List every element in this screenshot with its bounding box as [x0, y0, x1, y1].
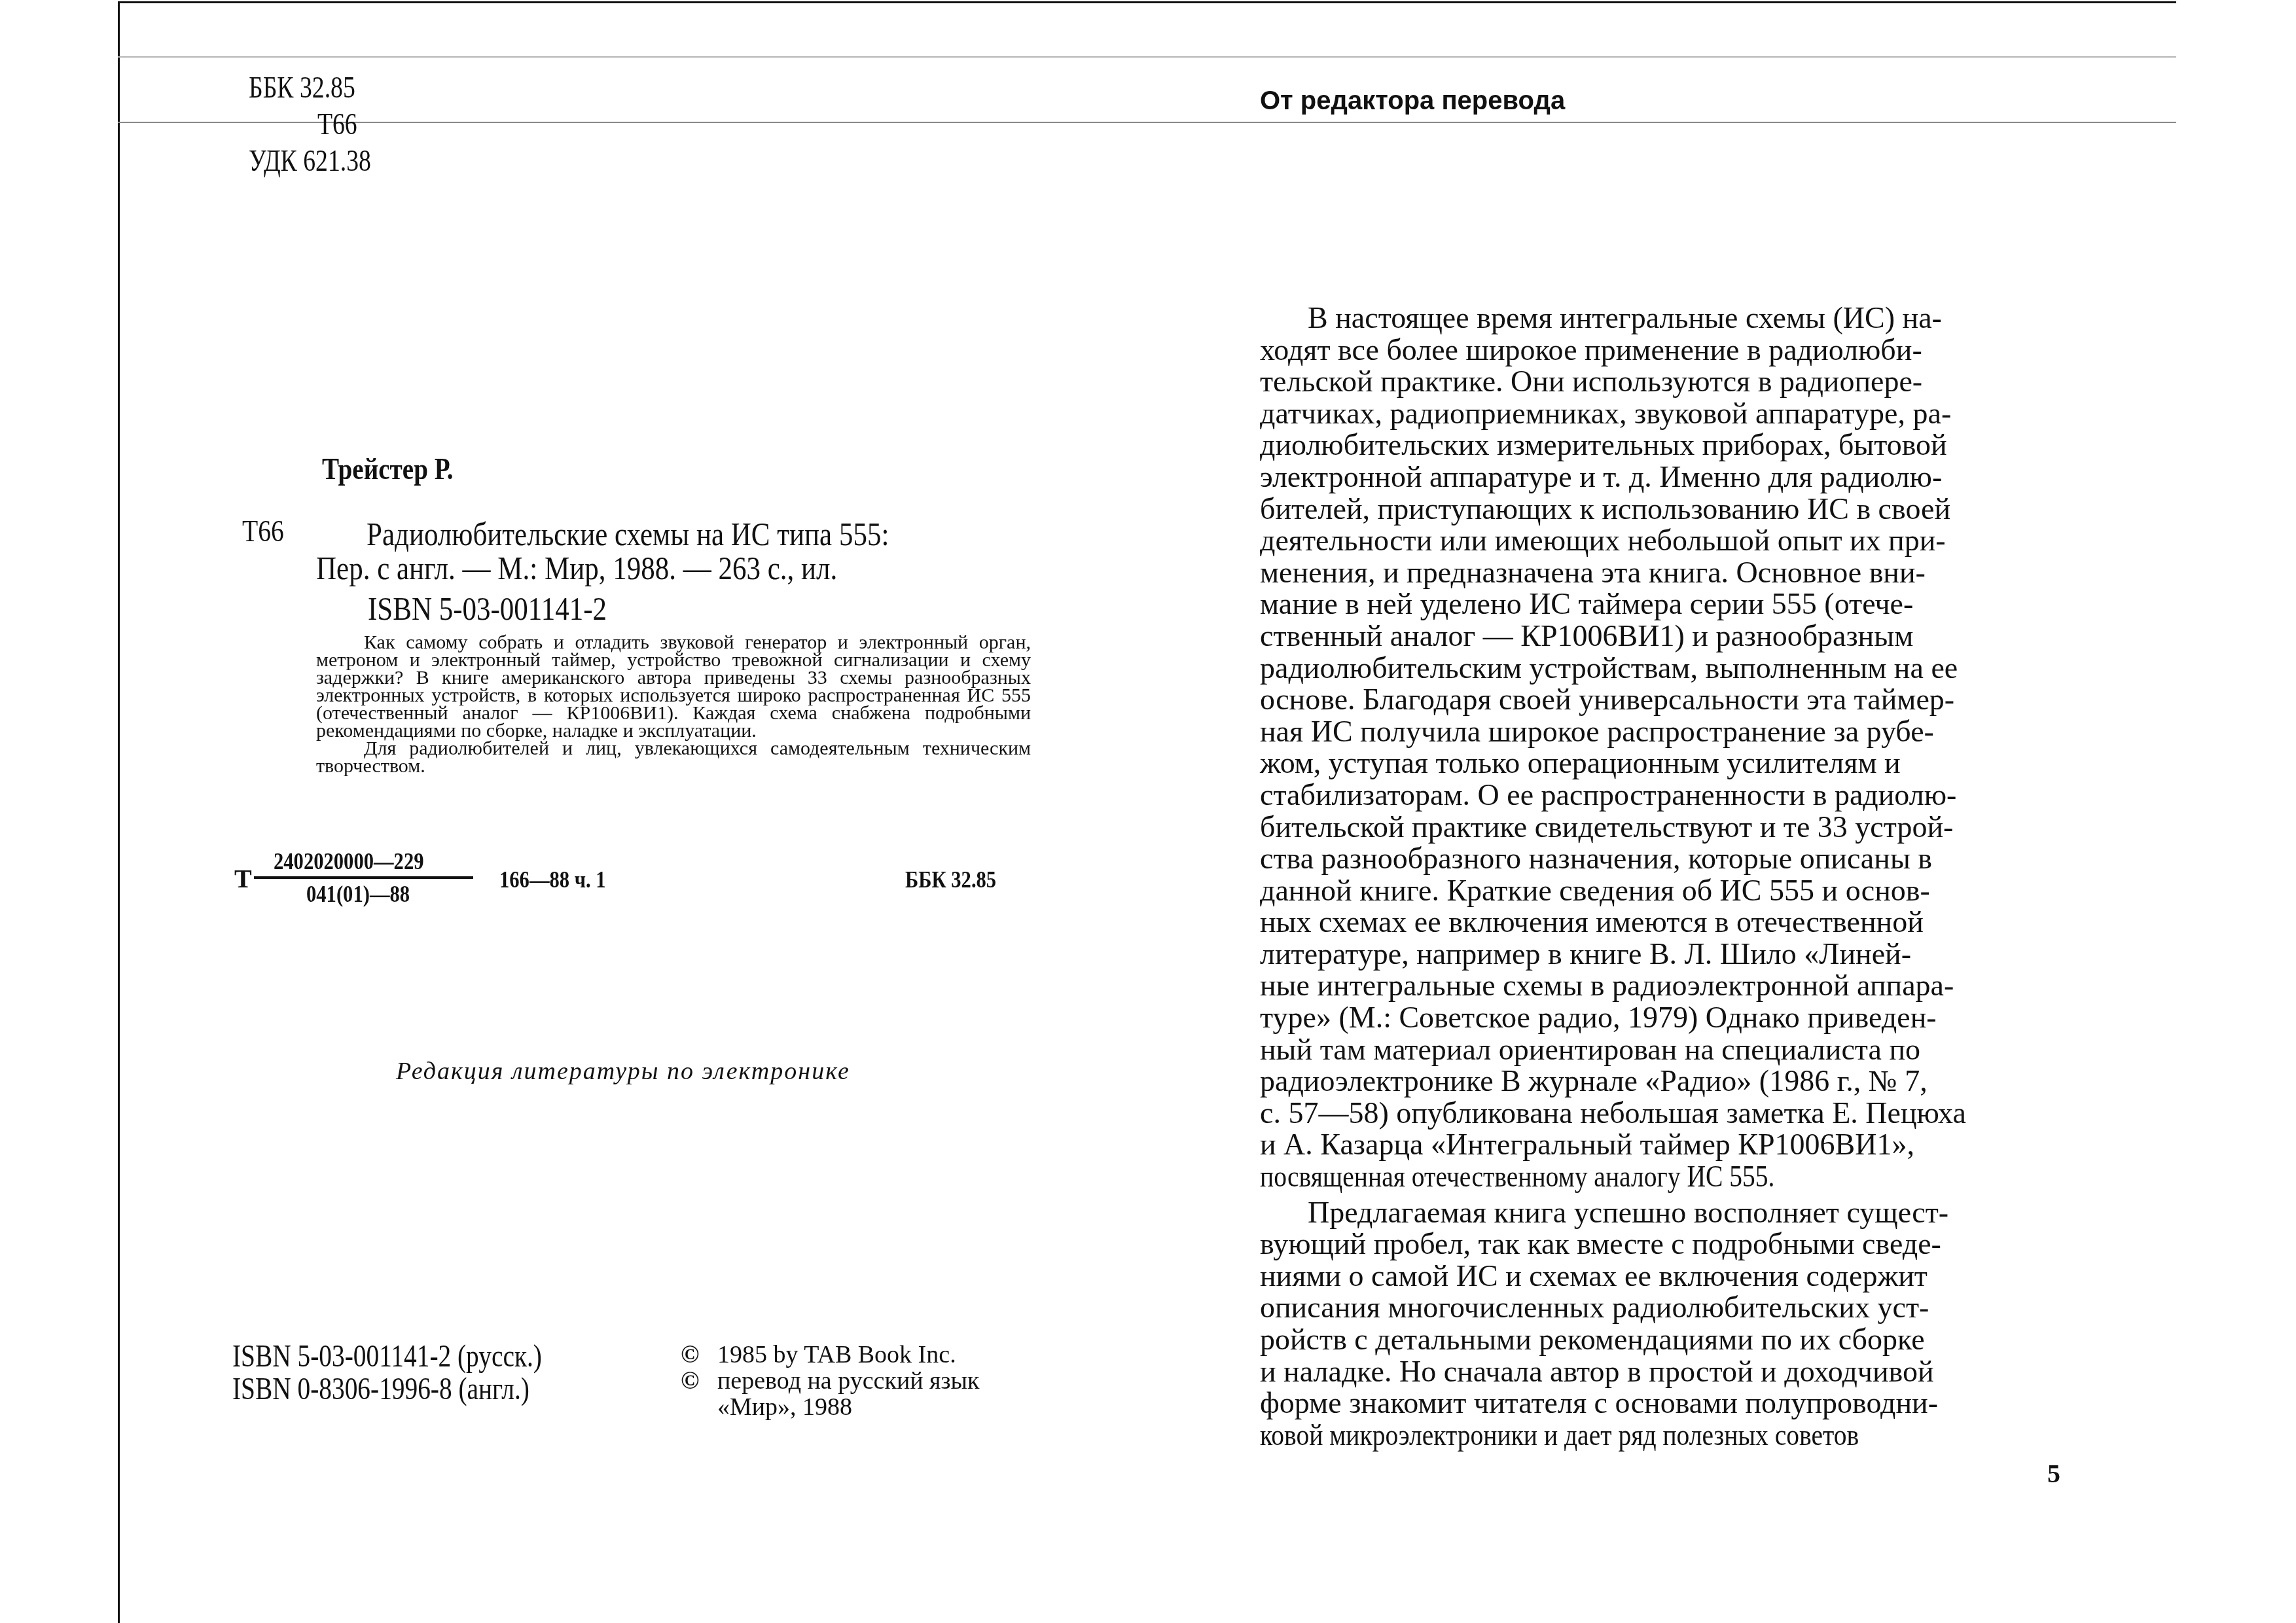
isbn-russian: ISBN 5-03-001141-2 (русск.) — [232, 1340, 542, 1373]
fraction-bar — [254, 876, 473, 879]
body-line: радиолюбительским устройствам, выполненн… — [1260, 652, 2058, 685]
body-line: ные интегральные схемы в радиоэлектронно… — [1260, 970, 2058, 1002]
scan-artifact-line — [118, 56, 2176, 58]
copyright-translation-publisher: «Мир», 1988 — [681, 1394, 980, 1420]
isbn-list: ISBN 5-03-001141-2 (русск.) ISBN 0-8306-… — [232, 1340, 542, 1406]
body-line: мание в ней уделено ИС таймера серии 555… — [1260, 588, 2058, 620]
body-line: В настоящее время интегральные схемы (ИС… — [1260, 302, 2058, 334]
body-line: деятельности или имеющих небольшой опыт … — [1260, 525, 2058, 557]
body-line: ных схемах ее включения имеются в отечес… — [1260, 906, 2058, 938]
body-line: вующий пробел, так как вместе с подробны… — [1260, 1228, 2058, 1260]
body-line: основе. Благодаря своей универсальности … — [1260, 684, 2058, 716]
copyright-block: ©1985 by TAB Book Inc. ©перевод на русск… — [681, 1342, 980, 1420]
body-line: бителей, приступающих к использованию ИС… — [1260, 493, 2058, 526]
body-line: ковой микроэлектроники и дает ряд полезн… — [1260, 1419, 1946, 1452]
body-line: и наладке. Но сначала автор в простой и … — [1260, 1356, 2058, 1388]
isbn-english: ISBN 0-8306-1996-8 (англ.) — [232, 1373, 542, 1406]
copyright-icon: © — [681, 1342, 717, 1368]
copyright-icon: © — [681, 1368, 717, 1394]
publisher-code-letter: Т — [234, 863, 252, 894]
body-line: ства разнообразного назначения, которые … — [1260, 843, 2058, 875]
body-line: радиоэлектронике В журнале «Радио» (1986… — [1260, 1065, 2058, 1097]
section-heading: От редактора перевода — [1260, 86, 1565, 116]
body-line: тельской практике. Они используются в ра… — [1260, 366, 2058, 398]
body-line: ходят все более широкое применение в рад… — [1260, 334, 2058, 366]
page-number: 5 — [2047, 1458, 2060, 1489]
author-name: Трейстер Р. — [322, 452, 453, 486]
author-mark: Т66 — [249, 103, 371, 145]
body-line: с. 57—58) опубликована небольшая заметка… — [1260, 1097, 2058, 1130]
annotation-paragraph: Как самому собрать и отладить звуковой г… — [316, 633, 1031, 740]
copyright-translation: ©перевод на русский язык — [681, 1368, 980, 1394]
body-line: ный там материал ориентирован на специал… — [1260, 1034, 2058, 1066]
body-line: описания многочисленных радиолюбительски… — [1260, 1292, 2058, 1324]
annotation-paragraph: Для радиолюбителей и лиц, увлекающихся с… — [316, 740, 1031, 775]
publisher-code-denominator: 041(01)—88 — [306, 880, 410, 908]
bibliographic-isbn: ISBN 5-03-001141-2 — [368, 588, 607, 630]
copyright-translation-text: перевод на русский язык — [717, 1367, 980, 1395]
editorial-office: Редакция литературы по электронике — [396, 1057, 850, 1086]
page-left-border — [118, 1, 120, 1623]
scan-artifact-line — [118, 122, 2176, 123]
bibliographic-imprint: Пер. с англ. — М.: Мир, 1988. — 263 с., … — [316, 547, 837, 589]
body-line: электронной аппаратуре и т. д. Именно дл… — [1260, 461, 2058, 493]
body-line: ственный аналог — КР1006ВИ1) и разнообра… — [1260, 620, 2058, 652]
body-line: посвященная отечественному аналогу ИС 55… — [1260, 1161, 1946, 1193]
body-line: жом, уступая только операционным усилите… — [1260, 747, 2058, 779]
publisher-plan: 166—88 ч. 1 — [499, 866, 606, 893]
page-top-border — [118, 1, 2176, 3]
catalog-block: ББК 32.85 Т66 УДК 621.38 — [249, 67, 371, 182]
body-text: В настоящее время интегральные схемы (ИС… — [1260, 302, 2058, 1451]
copyright-original: ©1985 by TAB Book Inc. — [681, 1342, 980, 1368]
copyright-original-text: 1985 by TAB Book Inc. — [717, 1341, 956, 1368]
body-line: Предлагаемая книга успешно восполняет су… — [1260, 1197, 2058, 1229]
body-line: бительской практике свидетельствуют и те… — [1260, 811, 2058, 844]
body-line: форме знакомит читателя с основами полуп… — [1260, 1387, 2058, 1419]
body-line: стабилизаторам. О ее распространенности … — [1260, 779, 2058, 811]
body-line: датчиках, радиоприемниках, звуковой аппа… — [1260, 398, 2058, 430]
body-line: туре» (М.: Советское радио, 1979) Однако… — [1260, 1002, 2058, 1034]
bbk-code: ББК 32.85 — [249, 67, 371, 109]
udk-code: УДК 621.38 — [249, 140, 371, 182]
body-line: ная ИС получила широкое распространение … — [1260, 716, 2058, 748]
body-line: ниями о самой ИС и схемах ее включения с… — [1260, 1260, 2058, 1293]
publisher-bbk: ББК 32.85 — [905, 866, 996, 893]
annotation: Как самому собрать и отладить звуковой г… — [316, 633, 1031, 775]
bibliographic-mark: Т66 — [242, 510, 284, 552]
body-line: диолюбительских измерительных приборах, … — [1260, 429, 2058, 461]
publisher-code-numerator: 2402020000—229 — [274, 847, 424, 875]
body-line: данной книге. Краткие сведения об ИС 555… — [1260, 875, 2058, 907]
body-line: литературе, например в книге В. Л. Шило … — [1260, 938, 2058, 971]
body-line: менения, и предназначена эта книга. Осно… — [1260, 557, 2058, 589]
body-line: и А. Казарца «Интегральный таймер КР1006… — [1260, 1129, 2058, 1161]
body-line: ройств с детальными рекомендациями по их… — [1260, 1324, 2058, 1356]
